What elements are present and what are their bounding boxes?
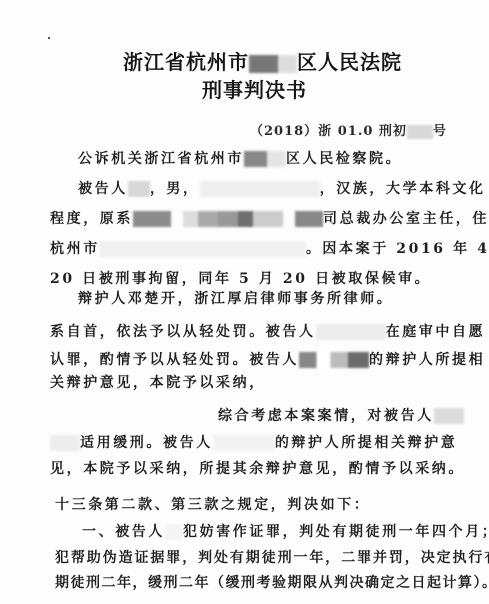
text: 程度，原系: [50, 211, 133, 227]
text: 认罪，酌情予以从轻处罚。被告人: [50, 352, 299, 368]
redacted-block: [316, 324, 386, 340]
case-number-mid: .0 刑初: [358, 124, 407, 139]
surrender-line: 系自首，依法予以从轻处罚。被告人在庭审中自愿: [50, 321, 485, 341]
court-title-suffix: 区人民法院: [297, 50, 402, 74]
document-type-title: 刑事判决书: [202, 74, 307, 103]
accept-line: 关辩护意见，本院予以采纳，: [50, 372, 266, 392]
address-line: 杭州市。因本案于 2016 年 4 月: [50, 238, 489, 258]
redacted-block: [213, 435, 275, 451]
ruling-item-1: 一、被告人犯妨害作证罪，判处有期徒刑一年四个月；: [82, 521, 489, 541]
redacted-block: [100, 241, 306, 257]
text: 综合考虑本案案情，对被告人: [218, 408, 434, 424]
scan-speck: [48, 37, 50, 39]
redacted-block: [165, 524, 183, 540]
redacted-block: [200, 181, 320, 197]
text: ，男，: [150, 181, 200, 197]
redacted-block: [128, 181, 150, 197]
education-line: 程度，原系司总裁办公室主任，住: [50, 208, 489, 228]
redacted-block: [299, 352, 369, 368]
text: ，汉族，大学本科文化: [320, 181, 486, 197]
ruling-item-1-sentence: 期徒刑二年，缓刑二年（缓刑考验期限从判决确定之日起计算）。: [55, 572, 489, 592]
text: 系自首，依法予以从轻处罚。被告人: [50, 324, 316, 340]
text: 适用缓刑。被告人: [80, 435, 213, 451]
redacted-block: [244, 151, 286, 167]
redacted-block: [133, 211, 171, 227]
court-title-prefix: 浙江省杭州市: [123, 50, 249, 74]
defense-counsel-line: 辩护人邓楚开，浙江厚启律师事务所律师。: [78, 288, 393, 308]
text: 在庭审中自愿: [386, 324, 486, 340]
redacted-block: [50, 435, 80, 451]
plea-line: 认罪，酌情予以从轻处罚。被告人的辩护人所提相: [50, 349, 485, 369]
redacted-block: [434, 408, 464, 424]
text: 一、被告人: [82, 524, 165, 540]
text: 犯妨害作证罪，判处有期徒刑一年四个月；: [183, 524, 489, 540]
case-number: （2018）浙 01.0 刑初号: [250, 120, 447, 139]
text: 杭州市: [50, 241, 100, 257]
probation-line: 适用缓刑。被告人的辩护人所提相关辩护意: [50, 432, 457, 452]
text: 的辩护人所提相关辩护意: [275, 435, 458, 451]
redacted-block: [407, 125, 433, 139]
case-number-suffix: 号: [433, 124, 447, 139]
prosecutor-line: 公诉机关浙江省杭州市区人民检察院。: [78, 148, 402, 168]
case-number-prefix: （2018）浙 01: [250, 124, 358, 139]
detention-line: 20 日被刑事拘留，同年 5 月 20 日被取保候审。: [50, 268, 431, 288]
text: 被告人: [78, 181, 128, 197]
ruling-item-1-cont: 犯帮助伪造证据罪，判处有期徒刑一年，二罪并罚，决定执行有: [55, 547, 489, 567]
text: 公诉机关浙江省杭州市: [78, 151, 244, 167]
court-title: 浙江省杭州市区人民法院: [123, 46, 402, 75]
text: 区人民检察院。: [286, 151, 402, 167]
probation-cont-line: 见，本院予以采纳，所提其余辩护意见，酌情予以采纳。: [50, 458, 465, 478]
document-page: ······ 浙江省杭州市区人民法院 刑事判决书 （2018）浙 01.0 刑初…: [0, 0, 489, 604]
text: 司总裁办公室主任，住: [323, 211, 489, 227]
redacted-block: [183, 211, 283, 227]
text: 的辩护人所提相: [369, 352, 485, 368]
consider-line: 综合考虑本案案情，对被告人: [218, 405, 464, 425]
ruling-intro-line: 十三条第二款、第三款之规定，判决如下：: [55, 494, 370, 514]
redacted-block: [249, 55, 297, 73]
defendant-line: 被告人，男，，汉族，大学本科文化: [78, 178, 486, 198]
text: 。因本案于 2016 年 4 月: [306, 241, 489, 257]
redacted-block: [295, 211, 323, 227]
